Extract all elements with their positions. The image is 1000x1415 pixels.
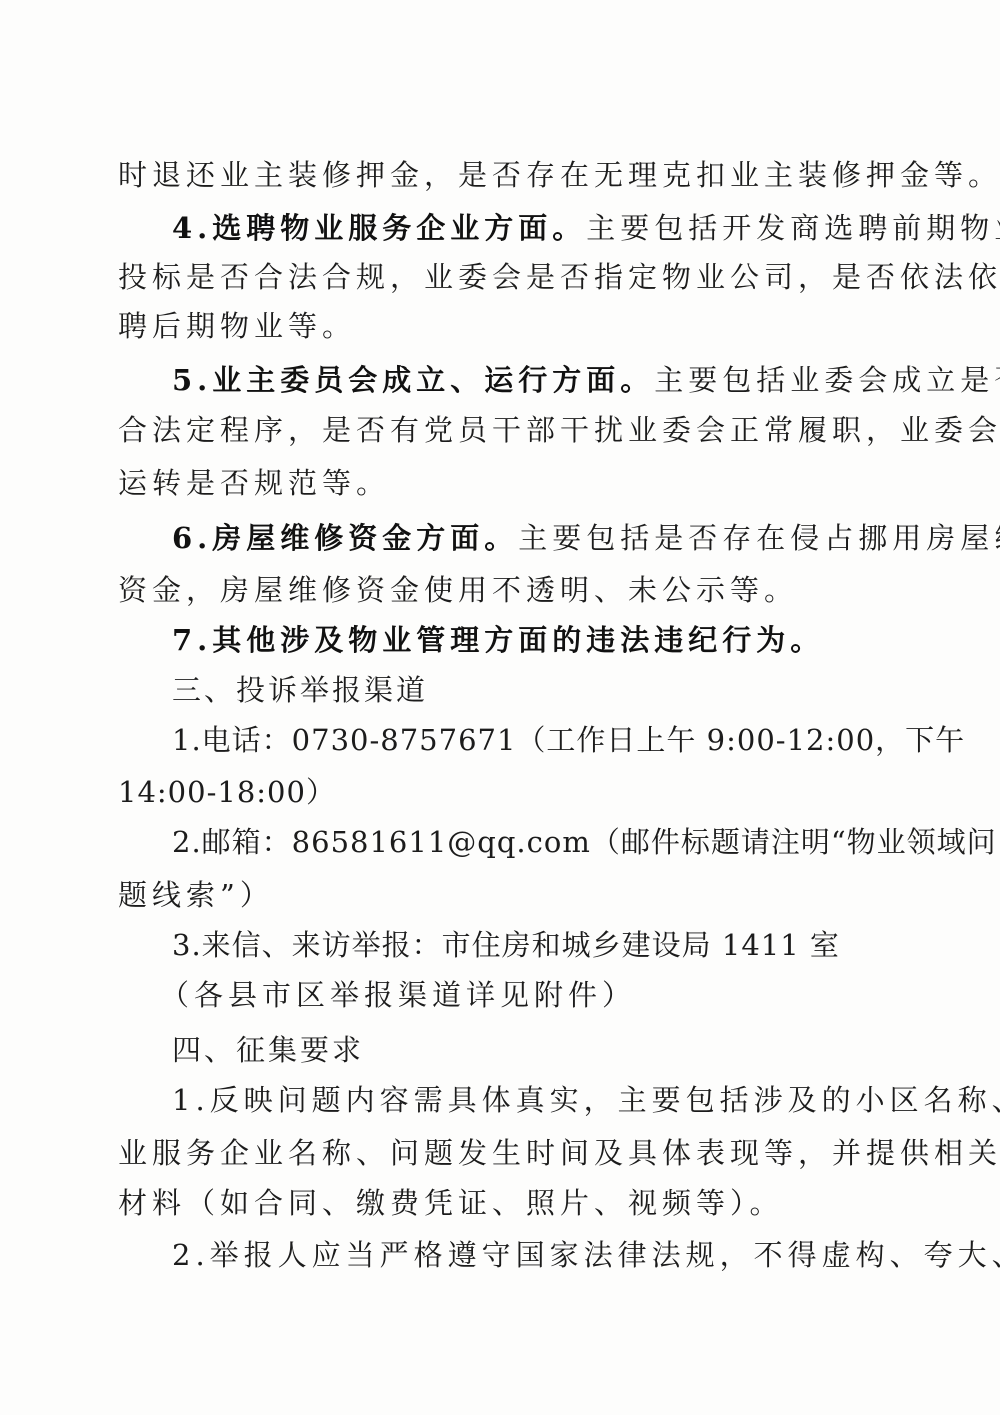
paragraph-line: 业服务企业名称、问题发生时间及具体表现等，并提供相关证据 bbox=[118, 1135, 1000, 1171]
line-text: 运转是否规范等。 bbox=[118, 466, 390, 500]
line-text: 投标是否合法合规，业委会是否指定物业公司，是否依法依规选 bbox=[118, 260, 1000, 294]
paragraph-line: 合法定程序，是否有党员干部干扰业委会正常履职，业委会日常 bbox=[118, 412, 1000, 448]
line-text: 主要包括业委会成立是否符 bbox=[654, 363, 1000, 397]
heading-text: 四、征集要求 bbox=[172, 1033, 364, 1067]
line-text: 合法定程序，是否有党员干部干扰业委会正常履职，业委会日常 bbox=[118, 413, 1000, 447]
paragraph-line: 投标是否合法合规，业委会是否指定物业公司，是否依法依规选 bbox=[118, 259, 1000, 295]
paragraph-line: 时退还业主装修押金，是否存在无理克扣业主装修押金等。 bbox=[118, 157, 1000, 193]
line-text: 2.举报人应当严格遵守国家法律法规，不得虚构、夸大、捏 bbox=[172, 1238, 1000, 1272]
document-page: 时退还业主装修押金，是否存在无理克扣业主装修押金等。 4.选聘物业服务企业方面。… bbox=[0, 0, 1000, 1415]
item-5-title: 5.业主委员会成立、运行方面。 bbox=[172, 363, 654, 397]
section-heading-4: 四、征集要求 bbox=[172, 1032, 364, 1068]
line-text: 题线索”） bbox=[118, 878, 274, 912]
line-text: 2.邮箱：86581611@qq.com（邮件标题请注明“物业领域问 bbox=[172, 825, 997, 859]
line-text: 1.反映问题内容需具体真实，主要包括涉及的小区名称、物 bbox=[172, 1083, 1000, 1117]
paragraph-line: （各县市区举报渠道详见附件） bbox=[160, 977, 636, 1013]
line-text: 主要包括开发商选聘前期物业招 bbox=[586, 211, 1000, 245]
item-6-title: 6.房屋维修资金方面。 bbox=[172, 521, 518, 555]
heading-text: 三、投诉举报渠道 bbox=[172, 673, 428, 707]
paragraph-line: 材料（如合同、缴费凭证、照片、视频等）。 bbox=[118, 1185, 784, 1221]
item-7-title: 7.其他涉及物业管理方面的违法违纪行为。 bbox=[172, 623, 824, 657]
item-4-line: 4.选聘物业服务企业方面。主要包括开发商选聘前期物业招 bbox=[172, 210, 1000, 246]
item-5-line: 5.业主委员会成立、运行方面。主要包括业委会成立是否符 bbox=[172, 362, 1000, 398]
item-4-title: 4.选聘物业服务企业方面。 bbox=[172, 211, 586, 245]
line-text: 时退还业主装修押金，是否存在无理克扣业主装修押金等。 bbox=[118, 158, 1000, 192]
line-text: 聘后期物业等。 bbox=[118, 309, 356, 343]
phone-line: 1.电话：0730-8757671（工作日上午 9:00-12:00，下午 bbox=[172, 722, 965, 758]
line-text: 材料（如合同、缴费凭证、照片、视频等）。 bbox=[118, 1186, 784, 1220]
line-text: （各县市区举报渠道详见附件） bbox=[160, 978, 636, 1012]
line-text: 主要包括是否存在侵占挪用房屋维修 bbox=[518, 521, 1000, 555]
visit-line: 3.来信、来访举报：市住房和城乡建设局 1411 室 bbox=[172, 927, 840, 963]
paragraph-line: 题线索”） bbox=[118, 877, 274, 913]
line-text: 资金，房屋维修资金使用不透明、未公示等。 bbox=[118, 573, 798, 607]
line-text: 14:00-18:00） bbox=[118, 775, 336, 809]
paragraph-line: 运转是否规范等。 bbox=[118, 465, 390, 501]
item-7-line: 7.其他涉及物业管理方面的违法违纪行为。 bbox=[172, 622, 824, 658]
paragraph-line: 聘后期物业等。 bbox=[118, 308, 356, 344]
paragraph-line: 1.反映问题内容需具体真实，主要包括涉及的小区名称、物 bbox=[172, 1082, 1000, 1118]
line-text: 业服务企业名称、问题发生时间及具体表现等，并提供相关证据 bbox=[118, 1136, 1000, 1170]
line-text: 1.电话：0730-8757671（工作日上午 9:00-12:00，下午 bbox=[172, 723, 965, 757]
email-line: 2.邮箱：86581611@qq.com（邮件标题请注明“物业领域问 bbox=[172, 824, 997, 860]
item-6-line: 6.房屋维修资金方面。主要包括是否存在侵占挪用房屋维修 bbox=[172, 520, 1000, 556]
paragraph-line: 2.举报人应当严格遵守国家法律法规，不得虚构、夸大、捏 bbox=[172, 1237, 1000, 1273]
paragraph-line: 14:00-18:00） bbox=[118, 774, 336, 810]
paragraph-line: 资金，房屋维修资金使用不透明、未公示等。 bbox=[118, 572, 798, 608]
section-heading-3: 三、投诉举报渠道 bbox=[172, 672, 428, 708]
line-text: 3.来信、来访举报：市住房和城乡建设局 1411 室 bbox=[172, 928, 840, 962]
